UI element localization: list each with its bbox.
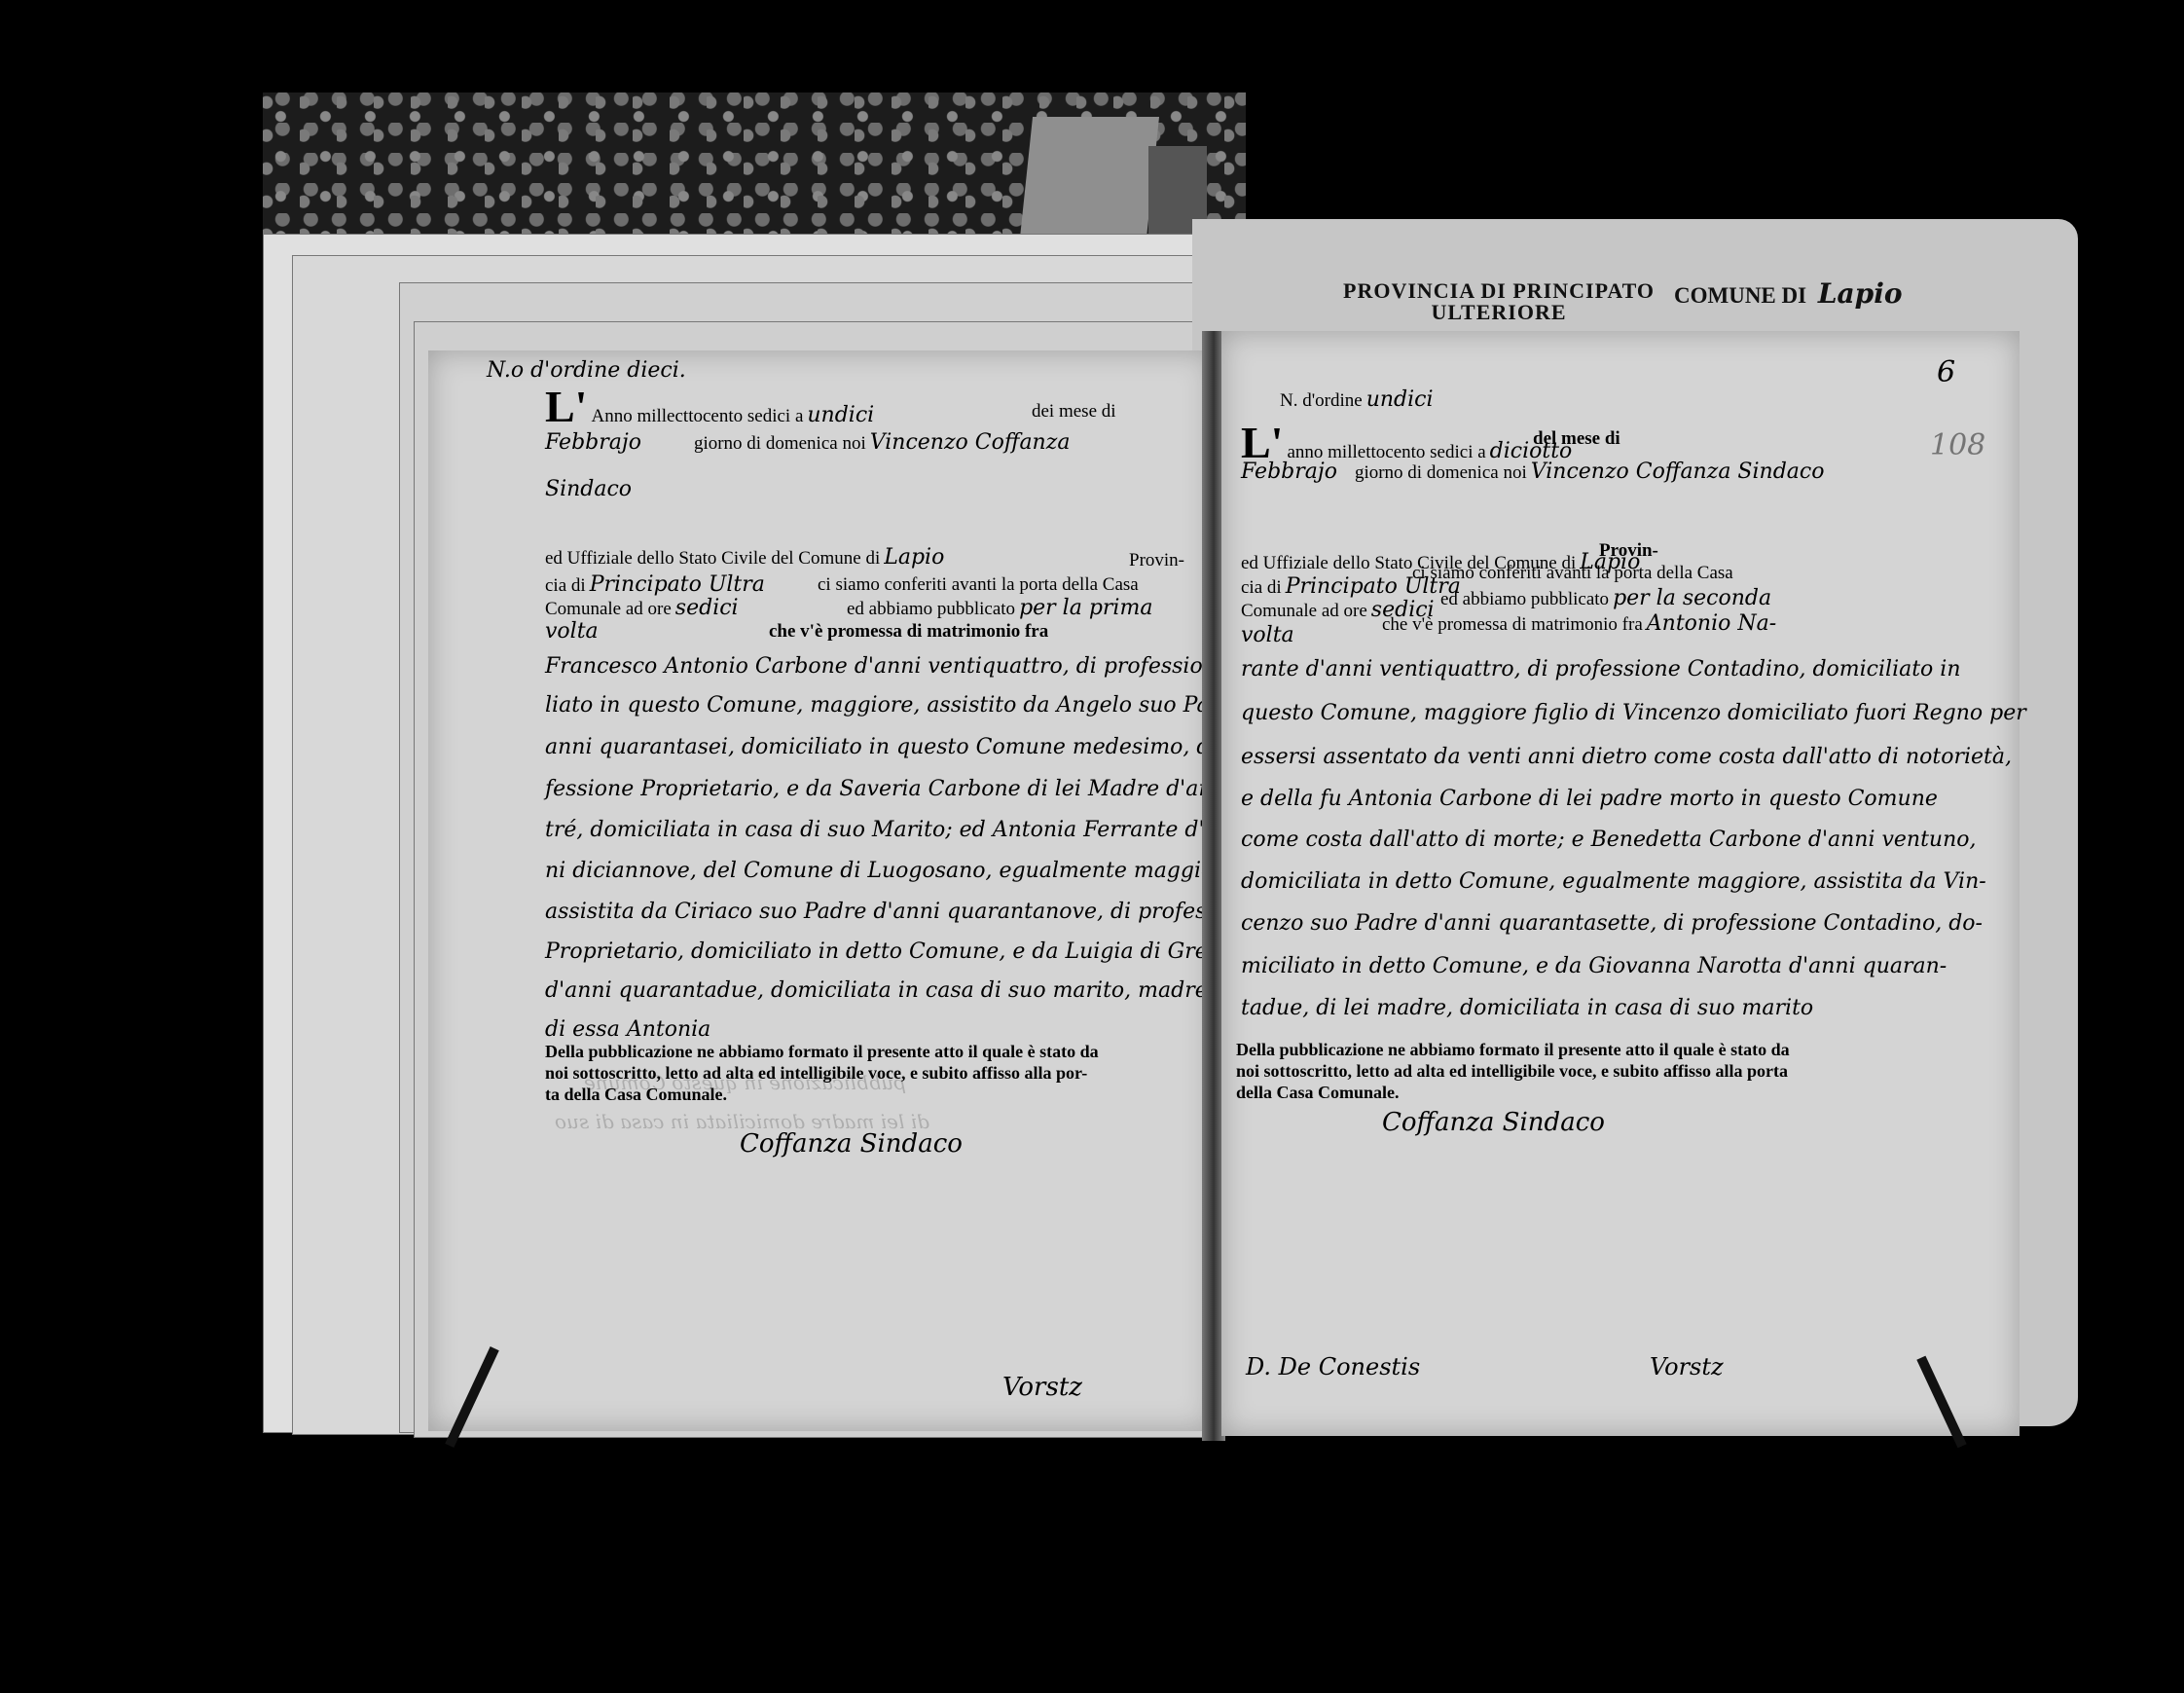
volta-handwritten-2: volta: [1241, 623, 1294, 647]
footer-signature: Vorstz: [1650, 1353, 1724, 1380]
body-line: come costa dall'atto di morte; e Benedet…: [1241, 828, 1977, 852]
provin-printed: Provin-: [1129, 550, 1184, 571]
provin-printed: Provin-: [1599, 540, 1658, 562]
order-label: N. d'ordine: [1280, 390, 1363, 411]
month-handwritten: Febbrajo: [1241, 460, 1337, 484]
pencil-page-number: 108: [1930, 428, 1985, 462]
cia-printed: cia di: [545, 575, 586, 596]
body-line: rante d'anni ventiquattro, di profession…: [1241, 657, 1961, 681]
ore-handwritten: sedici: [675, 596, 739, 620]
body-line: di essa Antonia: [545, 1017, 710, 1042]
mayor-signature: Coffanza Sindaco: [740, 1129, 963, 1159]
official-handwritten: Vincenzo Coffanza Sindaco: [1531, 460, 1825, 484]
mayor-signature: Coffanza Sindaco: [1382, 1108, 1605, 1137]
official-handwritten: Vincenzo Coffanza: [870, 430, 1071, 455]
body-line: tadue, di lei madre, domiciliata in casa…: [1241, 996, 1813, 1020]
body-line: miciliato in detto Comune, e da Giovanna…: [1241, 954, 1947, 978]
provincia-line-2: ULTERIORE: [1343, 302, 1655, 323]
volta-handwritten-1: per la seconda: [1613, 586, 1771, 610]
body-line: assistita da Ciriaco suo Padre d'anni qu…: [545, 900, 1263, 924]
body-line: cenzo suo Padre d'anni quarantasette, di…: [1241, 911, 1983, 936]
closing-line: Della pubblicazione ne abbiamo formato i…: [545, 1042, 1099, 1062]
promessa-printed: che v'è promessa di matrimonio fra: [1382, 614, 1643, 635]
comune-label: COMUNE DI: [1674, 283, 1806, 308]
order-handwritten: undici: [1366, 387, 1434, 412]
intro-printed: Anno millecttocento sedici a: [591, 406, 803, 426]
provincia-handwritten: Principato Ultra: [590, 572, 765, 597]
volta-handwritten-1: per la prima: [1019, 596, 1152, 620]
comune-handwritten: Lapio: [884, 545, 944, 570]
comunale-printed: Comunale ad ore: [1241, 601, 1367, 621]
month-handwritten: Febbrajo: [545, 430, 641, 455]
cia-printed: cia di: [1241, 577, 1282, 598]
pubblicato-printed: ed abbiamo pubblicato: [847, 599, 1015, 619]
drop-cap: L': [545, 382, 587, 431]
closing-line: ta della Casa Comunale.: [545, 1085, 727, 1105]
comunale-printed: Comunale ad ore: [545, 599, 672, 619]
body-line: liato in questo Comune, maggiore, assist…: [545, 693, 1273, 718]
right-page: 6 108 N. d'ordine undici L' anno millett…: [1221, 331, 2020, 1436]
order-number-note: N.o d'ordine dieci.: [487, 358, 686, 383]
conferiti-printed: ci siamo conferiti avanti la porta della…: [818, 574, 1139, 596]
role-handwritten: Sindaco: [545, 477, 632, 501]
body-line: e della fu Antonia Carbone di lei padre …: [1241, 787, 1938, 811]
ufficiale-printed: ed Uffiziale dello Stato Civile del Comu…: [545, 548, 880, 569]
body-line: anni quarantasei, domiciliato in questo …: [545, 735, 1268, 759]
body-line: essersi assentato da venti anni dietro c…: [1241, 745, 2012, 769]
printed-header: PROVINCIA DI PRINCIPATO ULTERIORE COMUNE…: [1207, 224, 2044, 331]
day-handwritten: undici: [807, 403, 874, 427]
witness-signature: D. De Conestis: [1246, 1353, 1420, 1380]
closing-line: Della pubblicazione ne abbiamo formato i…: [1236, 1040, 1790, 1060]
promessa-handwritten: Antonio Na-: [1647, 611, 1776, 636]
closing-line: noi sottoscritto, letto ad alta ed intel…: [545, 1063, 1087, 1084]
body-line: domiciliata in detto Comune, egualmente …: [1241, 869, 1986, 894]
closing-line: della Casa Comunale.: [1236, 1083, 1400, 1103]
closing-line: noi sottoscritto, letto ad alta ed intel…: [1236, 1061, 1788, 1082]
month-label: dei mese di: [1032, 401, 1116, 423]
left-page: N.o d'ordine dieci. L' Anno millecttocen…: [428, 350, 1212, 1431]
provincia-heading: PROVINCIA DI PRINCIPATO ULTERIORE: [1343, 280, 1655, 323]
giorno-printed: giorno di domenica noi: [1355, 462, 1527, 483]
body-line: tré, domiciliata in casa di suo Marito; …: [545, 818, 1238, 842]
promessa-printed: che v'è promessa di matrimonio fra: [769, 621, 1048, 643]
provincia-line-1: PROVINCIA DI PRINCIPATO: [1343, 280, 1655, 302]
volta-handwritten-2: volta: [545, 619, 599, 644]
body-line: Proprietario, domiciliato in detto Comun…: [545, 939, 1264, 964]
body-line: ni diciannove, del Comune di Luogosano, …: [545, 859, 1237, 883]
body-line: questo Comune, maggiore figlio di Vincen…: [1241, 701, 2026, 725]
body-line: d'anni quarantadue, domiciliata in casa …: [545, 978, 1208, 1003]
month-label: del mese di: [1533, 428, 1620, 450]
comune-name: Lapio: [1818, 277, 1903, 310]
folio-number: 6: [1937, 355, 1955, 389]
footer-signature: Vorstz: [1002, 1373, 1082, 1402]
comune-heading: COMUNE DI Lapio: [1674, 277, 1903, 310]
giorno-printed: giorno di domenica noi: [694, 433, 866, 454]
pubblicato-printed: ed abbiamo pubblicato: [1440, 589, 1609, 609]
conferiti-printed: ci siamo conferiti avanti la porta della…: [1412, 563, 1733, 584]
